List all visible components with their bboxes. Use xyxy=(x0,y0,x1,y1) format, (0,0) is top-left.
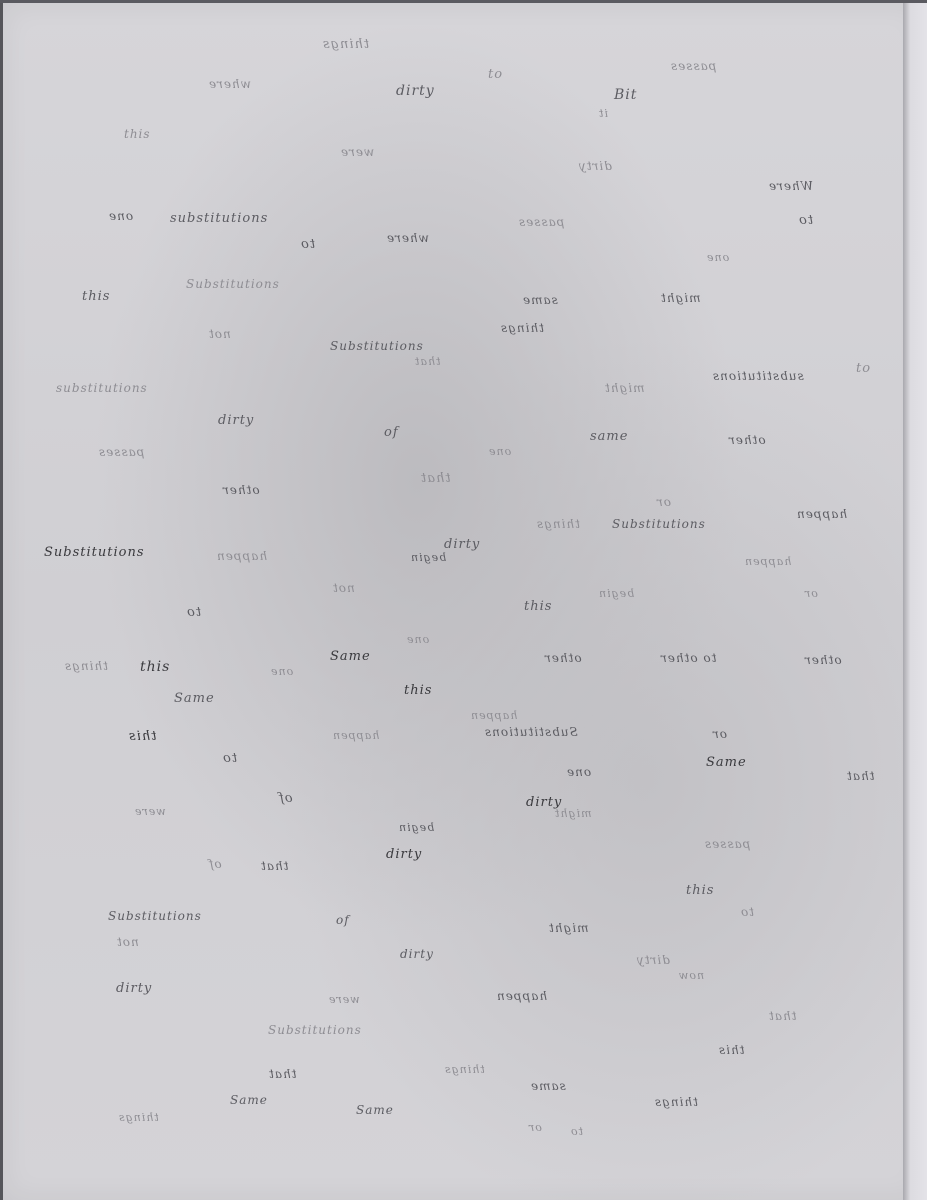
handwritten-word: Bit xyxy=(614,88,637,102)
handwritten-word: might xyxy=(660,292,700,304)
handwritten-word: dirty xyxy=(116,982,152,995)
handwritten-word: happen xyxy=(496,990,547,1002)
handwritten-word: Substitutions xyxy=(186,278,280,290)
handwritten-word: things xyxy=(322,38,369,51)
handwritten-word: dirty xyxy=(396,84,435,98)
handwritten-word: one xyxy=(706,252,729,263)
handwritten-word: of xyxy=(278,792,293,805)
handwritten-word: where xyxy=(208,78,251,90)
handwritten-word: one xyxy=(406,634,429,645)
handwritten-word: that xyxy=(260,860,289,872)
handwritten-word: to xyxy=(570,1126,583,1137)
handwritten-word: passes xyxy=(98,446,144,458)
handwritten-word: same xyxy=(522,294,558,306)
handwritten-word: dirty xyxy=(386,848,422,861)
handwritten-word: dirty xyxy=(636,954,670,966)
handwritten-word: this xyxy=(404,684,432,697)
handwritten-word: dirty xyxy=(444,538,480,551)
handwritten-word: begin xyxy=(598,588,634,599)
handwritten-word: substitutions xyxy=(712,370,804,382)
handwritten-word: one xyxy=(270,666,293,677)
handwritten-word: this xyxy=(524,600,552,613)
handwritten-word: to xyxy=(798,214,813,227)
handwritten-word: this xyxy=(82,290,110,303)
handwritten-word: things xyxy=(118,1112,159,1123)
handwritten-word: now xyxy=(678,970,704,981)
handwritten-word: that xyxy=(768,1010,797,1022)
handwritten-word: one xyxy=(566,766,591,778)
handwritten-word: to xyxy=(300,238,315,251)
handwritten-word: this xyxy=(686,884,714,897)
handwritten-word: of xyxy=(336,914,350,926)
handwritten-word: Same xyxy=(356,1104,394,1116)
handwritten-word: dirty xyxy=(578,160,612,172)
handwritten-word: substitutions xyxy=(56,382,148,394)
handwritten-word: Substitutions xyxy=(108,910,202,922)
handwritten-word: things xyxy=(64,660,108,672)
handwritten-word: other xyxy=(222,484,260,496)
handwritten-word: it xyxy=(598,108,608,119)
handwritten-word: to xyxy=(488,68,503,81)
handwritten-word: one xyxy=(108,210,133,222)
handwritten-word: other xyxy=(804,654,842,666)
handwritten-word: begin xyxy=(398,822,434,833)
handwritten-word: that xyxy=(420,472,451,485)
handwritten-word: passes xyxy=(518,216,564,228)
handwritten-word: this xyxy=(140,660,170,674)
handwritten-word: happen xyxy=(216,550,267,562)
handwritten-word: Substitutions xyxy=(268,1024,362,1036)
handwritten-word: of xyxy=(384,426,399,439)
handwritten-word: Substitutions xyxy=(44,546,145,559)
scan-edge-top xyxy=(0,0,927,3)
handwritten-word: dirty xyxy=(218,414,254,427)
handwritten-word: Same xyxy=(230,1094,268,1106)
handwritten-word: might xyxy=(604,382,644,394)
handwritten-word: other xyxy=(728,434,766,446)
handwritten-word: same xyxy=(590,430,628,443)
handwritten-word: to xyxy=(740,906,754,918)
handwritten-word: Same xyxy=(174,692,215,705)
handwritten-word: other xyxy=(544,652,582,664)
handwritten-word: things xyxy=(500,322,544,334)
handwritten-word: not xyxy=(116,936,139,948)
handwritten-word: happen xyxy=(470,710,517,721)
handwritten-word: things xyxy=(444,1064,485,1075)
handwritten-word: to xyxy=(186,606,201,619)
handwritten-word: that xyxy=(846,770,875,782)
handwritten-word: passes xyxy=(670,60,716,72)
handwritten-word: or xyxy=(804,588,818,599)
handwritten-word: things xyxy=(654,1096,698,1108)
handwritten-word: to xyxy=(856,362,871,375)
handwritten-word: Substitutions xyxy=(612,518,706,530)
handwritten-word: might xyxy=(554,808,592,819)
handwritten-word: dirty xyxy=(400,948,434,960)
handwritten-word: or xyxy=(656,496,671,508)
handwritten-word: Where xyxy=(768,180,813,192)
handwritten-word: not xyxy=(332,582,355,594)
handwritten-word: same xyxy=(530,1080,566,1092)
handwritten-word: were xyxy=(134,806,166,817)
handwritten-word: of xyxy=(208,858,222,870)
handwritten-word: Same xyxy=(330,650,371,663)
handwritten-word: this xyxy=(718,1044,745,1056)
handwritten-word: were xyxy=(328,994,360,1005)
handwritten-word: were xyxy=(340,146,374,158)
handwritten-word: or xyxy=(712,728,727,740)
handwritten-word: things xyxy=(536,518,580,530)
handwritten-word: begin xyxy=(410,552,446,563)
handwritten-word: one xyxy=(488,446,511,457)
handwritten-word: or xyxy=(528,1122,542,1133)
handwritten-word: Substitutions xyxy=(484,726,578,738)
handwritten-word: Same xyxy=(706,756,747,769)
scanned-paper: thingstowherepassesdirtyBititthisweredir… xyxy=(3,3,923,1200)
handwritten-word: where xyxy=(386,232,429,244)
handwritten-word: happen xyxy=(796,508,847,520)
handwritten-word: not xyxy=(208,328,231,340)
handwritten-word: that xyxy=(414,356,440,367)
handwritten-word: this xyxy=(128,730,156,743)
handwritten-word: substitutions xyxy=(170,212,268,225)
handwritten-word: happen xyxy=(744,556,791,567)
handwritten-word: this xyxy=(124,128,151,140)
scan-edge-right xyxy=(903,3,927,1200)
handwritten-word: Substitutions xyxy=(330,340,424,352)
handwritten-word: to other xyxy=(660,652,716,664)
handwritten-word: might xyxy=(548,922,588,934)
handwritten-word: passes xyxy=(704,838,750,850)
handwritten-word: happen xyxy=(332,730,379,741)
handwritten-word: to xyxy=(222,752,237,765)
handwritten-word: that xyxy=(268,1068,297,1080)
